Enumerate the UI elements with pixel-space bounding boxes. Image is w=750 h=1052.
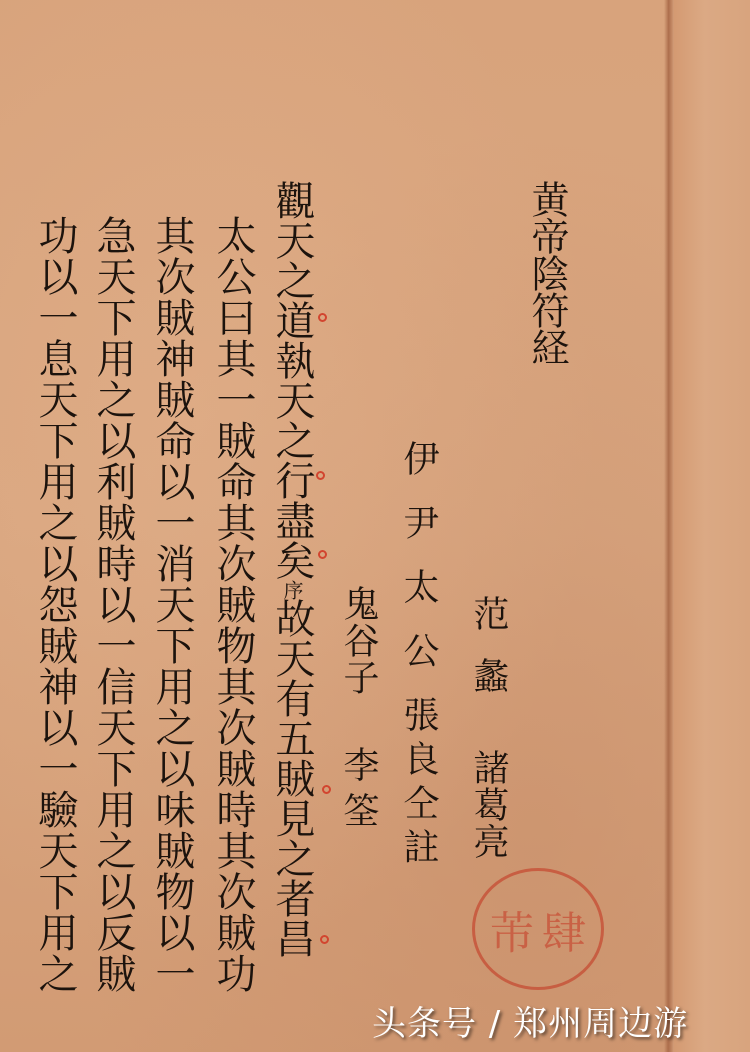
seal-char-right: 肆 xyxy=(542,897,586,961)
commentator-yi-yin-tai-gong: 伊尹太公 xyxy=(398,440,439,696)
text-column-1: 觀天之道執天之行盡矣序故天有五賊見之者昌 xyxy=(272,180,312,958)
red-seal-stamp: 芾 肆 xyxy=(472,868,604,990)
watermark-text: 头条号 / 郑州周边游 xyxy=(372,996,688,1045)
text-column-4: 急天下用之以利賊時以一信天下用之以反賊 xyxy=(93,215,133,994)
punctuation-mark xyxy=(316,471,325,480)
commentator-fan-li: 范蠡 xyxy=(468,595,509,719)
punctuation-mark xyxy=(322,785,331,794)
commentator-column-2: 伊尹太公張良仝註 xyxy=(400,440,436,872)
commentator-zhang-liang: 張良仝註 xyxy=(398,696,439,872)
text-column-1-part-a: 觀天之道執天之行盡矣 xyxy=(269,180,315,580)
commentator-li-quan: 李筌 xyxy=(338,746,379,838)
text-column-3: 其次賊神賊命以一消天下用之以味賊物以一 xyxy=(152,215,192,994)
adjacent-page-edge xyxy=(674,0,750,1052)
punctuation-mark xyxy=(318,550,327,559)
punctuation-mark xyxy=(320,935,329,944)
document-title: 黄帝陰符経 xyxy=(528,180,566,365)
commentator-column-1: 范蠡諸葛亮 xyxy=(470,595,506,860)
text-column-1-part-b: 故天有五賊見之者昌 xyxy=(269,598,315,958)
text-column-2: 太公曰其一賊命其次賊物其次賊時其次賊功 xyxy=(213,215,253,994)
book-spine-fold xyxy=(664,0,674,1052)
seal-char-left: 芾 xyxy=(490,897,534,961)
text-column-5: 功以一息天下用之以怨賊神以一驗天下用之 xyxy=(35,215,75,994)
punctuation-mark xyxy=(318,313,327,322)
commentator-guiguzi: 鬼谷子 xyxy=(338,585,379,696)
inline-note: 序 xyxy=(280,580,304,598)
commentator-zhuge-liang: 諸葛亮 xyxy=(468,749,509,860)
commentator-column-3: 鬼谷子李筌 xyxy=(340,585,376,838)
